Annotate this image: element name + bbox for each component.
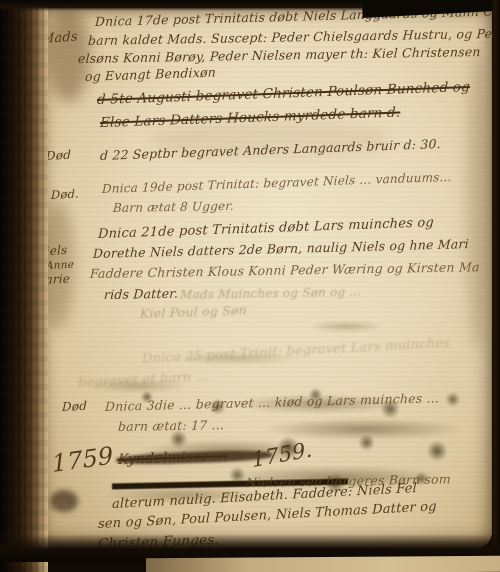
photo-border-right <box>491 0 500 572</box>
table-surface-strip <box>146 556 500 572</box>
book-binding-edge <box>0 0 48 572</box>
register-page-paper <box>36 8 492 548</box>
